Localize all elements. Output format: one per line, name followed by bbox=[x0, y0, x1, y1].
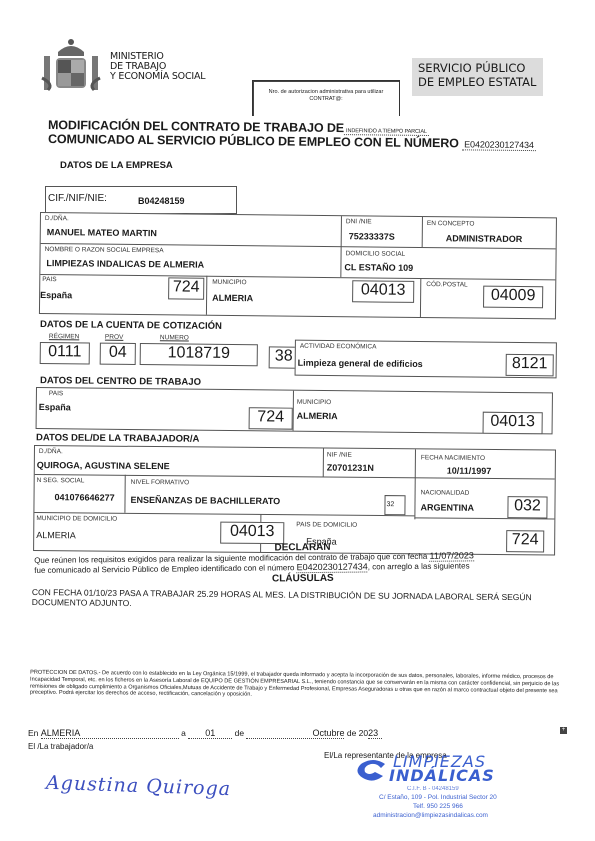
signing-day: 01 bbox=[188, 728, 232, 739]
clausula-text: CON FECHA 01/10/23 PASA A TRABAJAR 25.29… bbox=[32, 587, 552, 612]
worker-education-code: 32 bbox=[384, 495, 405, 515]
worker-nationality-code: 032 bbox=[507, 496, 547, 518]
activity-code: 8121 bbox=[506, 354, 554, 377]
company-country-code: 724 bbox=[168, 277, 204, 299]
declaration-number: E0420230127434 bbox=[297, 562, 368, 573]
empresa-table: D./DÑA. MANUEL MATEO MARTIN DNI /NIE 752… bbox=[39, 212, 557, 319]
worker-nationality: ARGENTINA bbox=[420, 502, 474, 512]
section-empresa-title: DATOS DE LA EMPRESA bbox=[60, 160, 173, 171]
account-number: 1018719 bbox=[140, 343, 258, 366]
worker-municipality-code: 04013 bbox=[220, 522, 284, 545]
authorization-box: Nro. de autorizacion administrativa para… bbox=[252, 80, 400, 116]
company-logo-icon bbox=[355, 758, 389, 782]
workplace-country: España bbox=[39, 402, 71, 412]
communication-number: E0420230127434 bbox=[462, 139, 536, 151]
signing-place: ALMERIA bbox=[41, 728, 179, 739]
sepe-label: SERVICIO PÚBLICO DE EMPLEO ESTATAL bbox=[412, 58, 543, 96]
cif-value: B04248159 bbox=[138, 196, 185, 206]
worker-municipality: ALMERIA bbox=[36, 530, 76, 540]
signing-place-date: En ALMERIA a 01 de Octubre de 2023 bbox=[28, 728, 382, 739]
worker-signature: Agustina Quiroga bbox=[46, 772, 232, 800]
company-postal-code: 04009 bbox=[483, 286, 543, 309]
signing-year: 23 bbox=[368, 728, 382, 739]
document-title-line-2: COMUNICADO AL SERVICIO PÚBLICO DE EMPLEO… bbox=[48, 132, 536, 151]
company-municipality-code: 04013 bbox=[352, 280, 414, 303]
cotizacion-row: RÉGIMEN 0111 PROV 04 NUMERO 1018719 38 A… bbox=[40, 332, 570, 378]
worker-signature-label: El /La trabajador/a bbox=[28, 742, 93, 751]
section-trabajador-title: DATOS DEL/DE LA TRABAJADOR/A bbox=[36, 432, 200, 444]
signing-month: Octubre bbox=[246, 728, 344, 739]
coat-of-arms-icon bbox=[40, 38, 102, 96]
company-address: CL ESTAÑO 109 bbox=[344, 262, 413, 273]
regimen-value: 0111 bbox=[40, 342, 90, 365]
workplace-municipality: ALMERIA bbox=[297, 411, 338, 421]
representative-name: MANUEL MATEO MARTIN bbox=[47, 227, 157, 238]
representative-dni: 75233337S bbox=[349, 231, 395, 241]
workplace-municipality-code: 04013 bbox=[483, 412, 543, 435]
communication-date: 11/07/2023 bbox=[429, 551, 473, 561]
representative-role: ADMINISTRADOR bbox=[446, 233, 523, 244]
workplace-country-code: 724 bbox=[249, 407, 293, 429]
worker-social-security: 041076646277 bbox=[55, 492, 115, 503]
province-value: 04 bbox=[100, 343, 136, 365]
activity-box: ACTIVIDAD ECONÓMICA Limpieza general de … bbox=[295, 340, 557, 379]
company-name: LIMPIEZAS INDALICAS DE ALMERIA bbox=[46, 258, 204, 270]
section-centro-title: DATOS DEL CENTRO DE TRABAJO bbox=[40, 375, 201, 388]
ministry-name: MINISTERIO DE TRABAJO Y ECONOMÍA SOCIAL bbox=[110, 52, 205, 82]
activity-description: Limpieza general de edificios bbox=[298, 358, 423, 369]
declaration-block: DECLARAN Que reúnen los requisitos exigi… bbox=[30, 539, 575, 587]
data-protection-notice: PROTECCION DE DATOS.- De acuerdo con lo … bbox=[30, 670, 570, 702]
company-country: España bbox=[40, 290, 72, 300]
section-cotizacion-title: DATOS DE LA CUENTA DE COTIZACIÓN bbox=[40, 319, 222, 332]
worker-nif: Z0701231N bbox=[327, 463, 374, 473]
plus-icon[interactable]: + bbox=[560, 727, 567, 734]
trabajador-table: D./DÑA. QUIROGA, AGUSTINA SELENE NIF /NI… bbox=[33, 445, 556, 556]
worker-birthdate: 10/11/1997 bbox=[447, 466, 492, 476]
cif-box: CIF./NIF/NIE: B04248159 bbox=[45, 186, 237, 214]
worker-name: QUIROGA, AGUSTINA SELENE bbox=[37, 460, 170, 471]
company-municipality: ALMERIA bbox=[212, 293, 253, 303]
centro-table: PAIS España 724 MUNICIPIO ALMERIA 04013 bbox=[36, 387, 553, 434]
worker-education-level: ENSEÑANZAS DE BACHILLERATO bbox=[130, 495, 280, 506]
